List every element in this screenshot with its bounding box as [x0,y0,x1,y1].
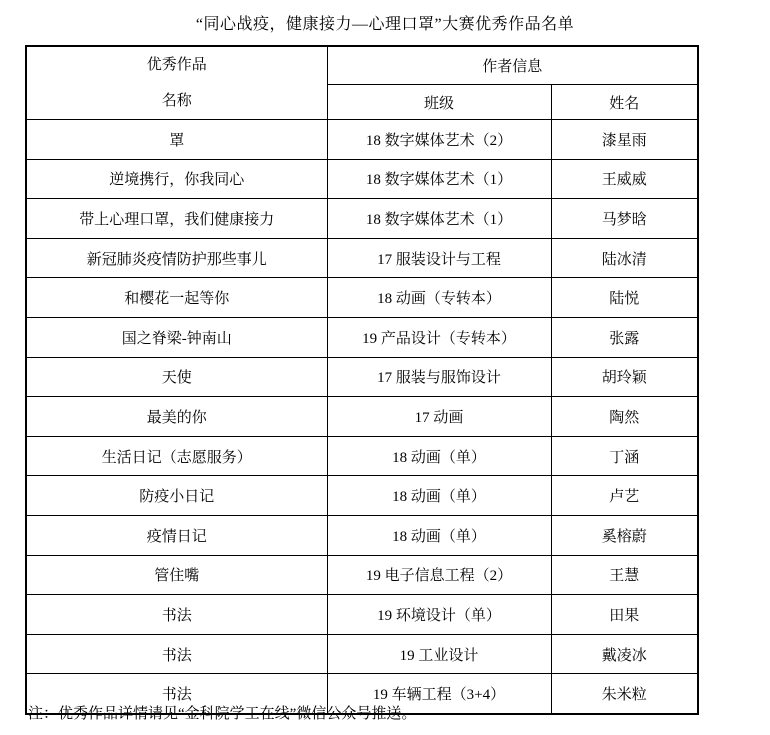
class-cell: 17 服装与服饰设计 [327,357,551,397]
table-row: 防疫小日记 18 动画（单） 卢艺 [26,476,698,516]
work-name-cell: 书法 [26,595,327,635]
work-name-cell: 最美的你 [26,397,327,437]
name-cell: 卢艺 [551,476,698,516]
class-cell: 19 产品设计（专转本） [327,317,551,357]
page-title: “同心战疫，健康接力—心理口罩”大赛优秀作品名单 [0,12,770,38]
name-cell: 王慧 [551,555,698,595]
header-class: 班级 [327,85,551,120]
name-cell: 王威威 [551,159,698,199]
work-name-cell: 国之脊梁-钟南山 [26,317,327,357]
table-row: 国之脊梁-钟南山 19 产品设计（专转本） 张露 [26,317,698,357]
work-name-cell: 疫情日记 [26,515,327,555]
table-header-row-1: 优秀作品 名称 作者信息 [26,46,698,85]
work-name-cell: 逆境携行，你我同心 [26,159,327,199]
table-row: 天使 17 服装与服饰设计 胡玲颖 [26,357,698,397]
work-name-cell: 带上心理口罩，我们健康接力 [26,199,327,239]
name-cell: 田果 [551,595,698,635]
name-cell: 丁涵 [551,436,698,476]
class-cell: 18 动画（单） [327,476,551,516]
table-row: 逆境携行，你我同心 18 数字媒体艺术（1） 王威威 [26,159,698,199]
header-works-name-line1: 优秀作品 [27,47,327,83]
header-works-name-line2: 名称 [27,83,327,119]
class-cell: 17 动画 [327,397,551,437]
header-name: 姓名 [551,85,698,120]
work-name-cell: 天使 [26,357,327,397]
header-works-name: 优秀作品 名称 [26,46,327,120]
table-row: 和樱花一起等你 18 动画（专转本） 陆悦 [26,278,698,318]
name-cell: 戴凌冰 [551,634,698,674]
work-name-cell: 新冠肺炎疫情防护那些事儿 [26,238,327,278]
name-cell: 漆星雨 [551,120,698,160]
table-row: 新冠肺炎疫情防护那些事儿 17 服装设计与工程 陆冰清 [26,238,698,278]
table-row: 书法 19 环境设计（单） 田果 [26,595,698,635]
name-cell: 陆悦 [551,278,698,318]
name-cell: 马梦晗 [551,199,698,239]
work-name-cell: 书法 [26,634,327,674]
class-cell: 18 动画（单） [327,436,551,476]
work-name-cell: 和樱花一起等你 [26,278,327,318]
class-cell: 18 数字媒体艺术（2） [327,120,551,160]
name-cell: 胡玲颖 [551,357,698,397]
table-row: 带上心理口罩，我们健康接力 18 数字媒体艺术（1） 马梦晗 [26,199,698,239]
table-row: 疫情日记 18 动画（单） 奚榕蔚 [26,515,698,555]
table-row: 生活日记（志愿服务） 18 动画（单） 丁涵 [26,436,698,476]
table-row: 最美的你 17 动画 陶然 [26,397,698,437]
name-cell: 奚榕蔚 [551,515,698,555]
work-name-cell: 生活日记（志愿服务） [26,436,327,476]
class-cell: 18 动画（专转本） [327,278,551,318]
name-cell: 陶然 [551,397,698,437]
work-name-cell: 管住嘴 [26,555,327,595]
class-cell: 18 数字媒体艺术（1） [327,199,551,239]
work-name-cell: 防疫小日记 [26,476,327,516]
class-cell: 18 动画（单） [327,515,551,555]
footer-note: 注：优秀作品详情请见“金科院学工在线”微信公众号推送。 [28,703,416,725]
class-cell: 18 数字媒体艺术（1） [327,159,551,199]
class-cell: 17 服装设计与工程 [327,238,551,278]
name-cell: 张露 [551,317,698,357]
class-cell: 19 电子信息工程（2） [327,555,551,595]
class-cell: 19 环境设计（单） [327,595,551,635]
work-name-cell: 罩 [26,120,327,160]
class-cell: 19 工业设计 [327,634,551,674]
header-author-info: 作者信息 [327,46,698,85]
table-row: 管住嘴 19 电子信息工程（2） 王慧 [26,555,698,595]
table-row: 书法 19 工业设计 戴凌冰 [26,634,698,674]
table-row: 罩 18 数字媒体艺术（2） 漆星雨 [26,120,698,160]
name-cell: 陆冰清 [551,238,698,278]
name-cell: 朱米粒 [551,674,698,714]
works-table: 优秀作品 名称 作者信息 班级 姓名 罩 18 数字媒体艺术（2） 漆星雨 逆境… [25,45,699,715]
